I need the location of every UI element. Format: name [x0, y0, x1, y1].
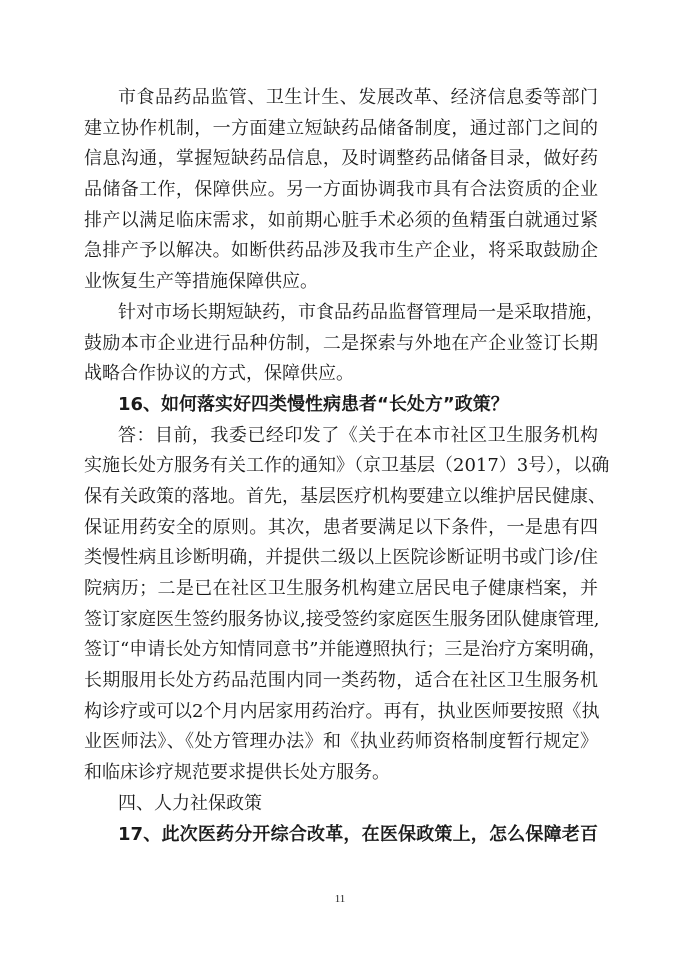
paragraph-line: 急排产予以解决。如断供药品涉及我市生产企业，将采取鼓励企 — [84, 236, 598, 267]
paragraph-line: 信息沟通，掌握短缺药品信息，及时调整药品储备目录，做好药 — [84, 144, 598, 175]
paragraph-line: 答：目前，我委已经印发了《关于在本市社区卫生服务机构 — [84, 421, 598, 452]
document-page: 市食品药品监管、卫生计生、发展改革、经济信息委等部门 建立协作机制，一方面建立短… — [0, 0, 680, 961]
paragraph-line: 类慢性病且诊断明确，并提供二级以上医院诊断证明书或门诊/住 — [84, 543, 598, 574]
question-heading-17: 17、此次医药分开综合改革，在医保政策上，怎么保障老百 — [84, 820, 598, 851]
paragraph-line: 保证用药安全的原则。其次，患者要满足以下条件，一是患有四 — [84, 513, 598, 544]
paragraph-line: 院病历；二是已在社区卫生服务机构建立居民电子健康档案，并 — [84, 574, 598, 605]
paragraph-line: 长期服用长处方药品范围内同一类药物，适合在社区卫生服务机 — [84, 666, 598, 697]
paragraph-line: 建立协作机制，一方面建立短缺药品储备制度，通过部门之间的 — [84, 114, 598, 145]
paragraph-line: 品储备工作，保障供应。另一方面协调我市具有合法资质的企业 — [84, 175, 598, 206]
paragraph-line: 市食品药品监管、卫生计生、发展改革、经济信息委等部门 — [84, 83, 598, 114]
paragraph-line: 鼓励本市企业进行品种仿制，二是探索与外地在产企业签订长期 — [84, 329, 598, 360]
paragraph-line: 战略合作协议的方式，保障供应。 — [84, 359, 598, 390]
paragraph-line: 保有关政策的落地。首先，基层医疗机构要建立以维护居民健康、 — [84, 482, 598, 513]
question-heading-16: 16、如何落实好四类慢性病患者“长处方”政策？ — [84, 390, 598, 421]
page-number: 11 — [0, 893, 680, 905]
paragraph-line: 实施长处方服务有关工作的通知》（京卫基层（2017）3号），以确 — [84, 451, 598, 482]
paragraph-line: 排产以满足临床需求，如前期心脏手术必须的鱼精蛋白就通过紧 — [84, 206, 598, 237]
paragraph-line: 业恢复生产等措施保障供应。 — [84, 267, 598, 298]
paragraph-line: 针对市场长期短缺药，市食品药品监督管理局一是采取措施， — [84, 298, 598, 329]
paragraph-line: 签订家庭医生签约服务协议,接受签约家庭医生服务团队健康管理, — [84, 605, 598, 636]
document-body: 市食品药品监管、卫生计生、发展改革、经济信息委等部门 建立协作机制，一方面建立短… — [84, 83, 598, 850]
paragraph-line: 和临床诊疗规范要求提供长处方服务。 — [84, 758, 598, 789]
paragraph-line: 构诊疗或可以2个月内居家用药治疗。再有，执业医师要按照《执 — [84, 697, 598, 728]
paragraph-line: 签订“申请长处方知情同意书”并能遵照执行；三是治疗方案明确， — [84, 635, 598, 666]
paragraph-line: 业医师法》、《处方管理办法》和《执业药师资格制度暂行规定》 — [84, 727, 598, 758]
section-heading: 四、人力社保政策 — [84, 789, 598, 820]
